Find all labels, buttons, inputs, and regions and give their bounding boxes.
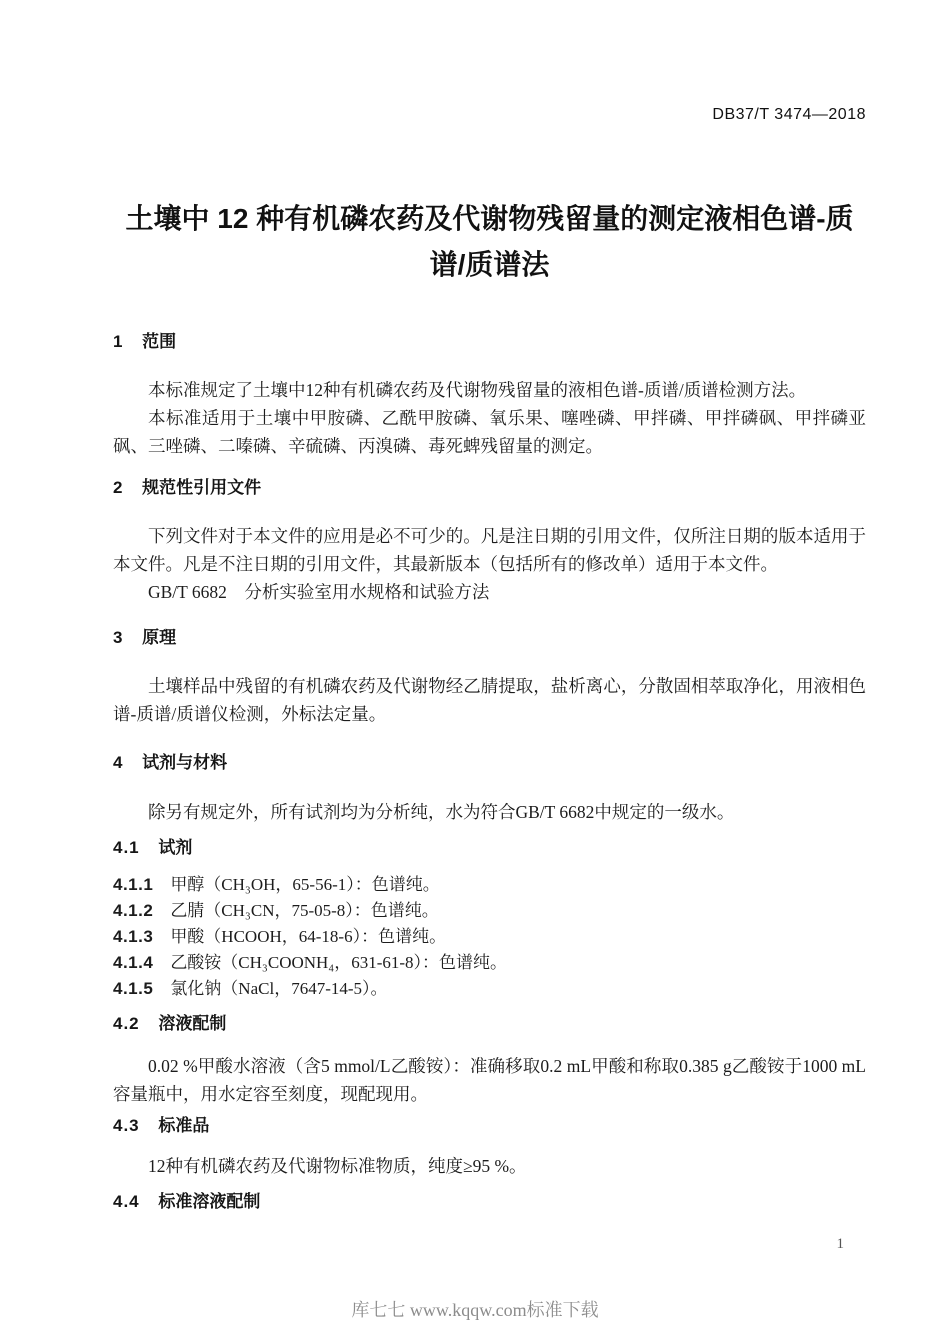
clause-4-1-2: 4.1.2乙腈（CH₃CN，75-05-8）：色谱纯。 bbox=[113, 898, 866, 924]
clause-4-1-1-text: 甲醇（CH₃OH，65-56-1）：色谱纯。 bbox=[170, 875, 439, 894]
section-4-1-number: 4.1 bbox=[113, 838, 140, 857]
clause-4-1-4-text: 乙酸铵（CH₃COONH₄，631-61-8）：色谱纯。 bbox=[170, 953, 507, 972]
section-3-heading: 3原理 bbox=[113, 628, 866, 648]
section-1-paragraph-1: 本标准规定了土壤中12种有机磷农药及代谢物残留量的液相色谱-质谱/质谱检测方法。 bbox=[113, 376, 866, 404]
section-1-heading: 1范围 bbox=[113, 332, 866, 352]
clause-4-1-3-number: 4.1.3 bbox=[113, 927, 153, 946]
section-4-paragraph-1: 除另有规定外，所有试剂均为分析纯，水为符合GB/T 6682中规定的一级水。 bbox=[113, 798, 866, 826]
clause-4-1-5-number: 4.1.5 bbox=[113, 979, 153, 998]
section-4-1-heading: 4.1试剂 bbox=[113, 838, 866, 858]
footer-watermark: 库七七 www.kqqw.com标准下载 bbox=[0, 1296, 950, 1322]
section-4-heading: 4试剂与材料 bbox=[113, 753, 866, 773]
section-4-4-number: 4.4 bbox=[113, 1192, 140, 1211]
page-number: 1 bbox=[837, 1236, 845, 1253]
clause-4-1-3: 4.1.3甲酸（HCOOH，64-18-6）：色谱纯。 bbox=[113, 924, 866, 950]
section-2-title: 规范性引用文件 bbox=[142, 478, 261, 497]
section-4-3-number: 4.3 bbox=[113, 1116, 140, 1135]
clause-4-1-3-text: 甲酸（HCOOH，64-18-6）：色谱纯。 bbox=[170, 927, 446, 946]
section-4-number: 4 bbox=[113, 753, 123, 772]
clause-list: 4.1.1甲醇（CH₃OH，65-56-1）：色谱纯。 4.1.2乙腈（CH₃C… bbox=[113, 872, 866, 1002]
clause-4-1-4-number: 4.1.4 bbox=[113, 953, 153, 972]
document-page: DB37/T 3474—2018 土壤中 12 种有机磷农药及代谢物残留量的测定… bbox=[0, 0, 950, 1344]
section-4-2-title: 溶液配制 bbox=[158, 1014, 226, 1033]
clause-4-1-1-number: 4.1.1 bbox=[113, 875, 153, 894]
section-1-number: 1 bbox=[113, 332, 123, 351]
section-4-4-heading: 4.4标准溶液配制 bbox=[113, 1192, 866, 1212]
section-4-title: 试剂与材料 bbox=[142, 753, 227, 772]
section-4-2-heading: 4.2溶液配制 bbox=[113, 1014, 866, 1034]
clause-4-1-5-text: 氯化钠（NaCl，7647-14-5）。 bbox=[170, 979, 387, 998]
section-4-1-title: 试剂 bbox=[158, 838, 192, 857]
section-4-3-heading: 4.3标准品 bbox=[113, 1116, 866, 1136]
section-4-4-title: 标准溶液配制 bbox=[158, 1192, 260, 1211]
section-4-2-paragraph-1: 0.02 %甲酸水溶液（含5 mmol/L乙酸铵）：准确移取0.2 mL甲酸和称… bbox=[113, 1052, 866, 1108]
section-2-heading: 2规范性引用文件 bbox=[113, 478, 866, 498]
section-3-title: 原理 bbox=[142, 628, 176, 647]
clause-4-1-2-text: 乙腈（CH₃CN，75-05-8）：色谱纯。 bbox=[170, 901, 438, 920]
section-4-3-paragraph-1: 12种有机磷农药及代谢物标准物质，纯度≥95 %。 bbox=[113, 1152, 866, 1180]
clause-4-1-2-number: 4.1.2 bbox=[113, 901, 153, 920]
doc-code: DB37/T 3474—2018 bbox=[113, 104, 866, 126]
clause-4-1-5: 4.1.5氯化钠（NaCl，7647-14-5）。 bbox=[113, 976, 866, 1002]
clause-4-1-4: 4.1.4乙酸铵（CH₃COONH₄，631-61-8）：色谱纯。 bbox=[113, 950, 866, 976]
section-2-paragraph-1: 下列文件对于本文件的应用是必不可少的。凡是注日期的引用文件，仅所注日期的版本适用… bbox=[113, 522, 866, 578]
section-2-reference: GB/T 6682 分析实验室用水规格和试验方法 bbox=[113, 578, 866, 606]
section-4-2-number: 4.2 bbox=[113, 1014, 140, 1033]
section-3-number: 3 bbox=[113, 628, 123, 647]
section-3-paragraph-1: 土壤样品中残留的有机磷农药及代谢物经乙腈提取，盐析离心，分散固相萃取净化，用液相… bbox=[113, 672, 866, 728]
section-4-3-title: 标准品 bbox=[158, 1116, 209, 1135]
section-1-title: 范围 bbox=[142, 332, 176, 351]
clause-4-1-1: 4.1.1甲醇（CH₃OH，65-56-1）：色谱纯。 bbox=[113, 872, 866, 898]
section-2-number: 2 bbox=[113, 478, 123, 497]
doc-title: 土壤中 12 种有机磷农药及代谢物残留量的测定液相色谱-质谱/质谱法 bbox=[113, 196, 866, 288]
section-1-paragraph-2: 本标准适用于土壤中甲胺磷、乙酰甲胺磷、氧乐果、噻唑磷、甲拌磷、甲拌磷砜、甲拌磷亚… bbox=[113, 404, 866, 460]
